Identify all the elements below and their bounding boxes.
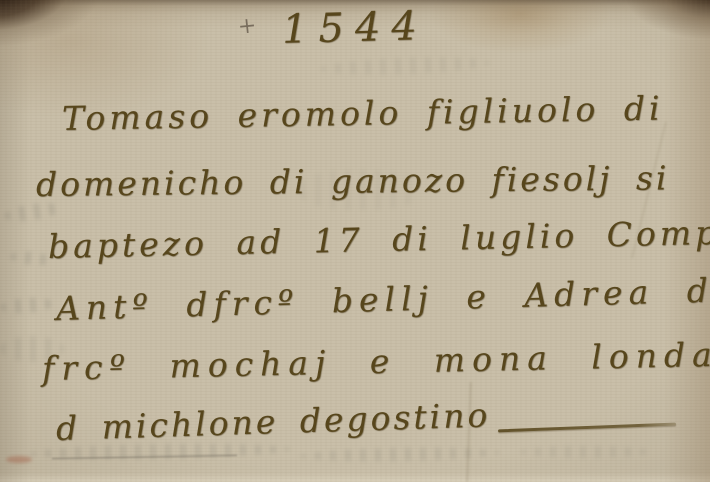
manuscript-line-4: Antº dfrcº bellj e Adrea d: [56, 274, 710, 325]
line-filler-stroke: [498, 423, 676, 433]
bleedthrough-mark: [320, 55, 490, 77]
manuscript-page: + 1544 Tomaso eromolo figliuolo di domen…: [0, 0, 710, 482]
faint-underline: [52, 454, 237, 459]
manuscript-line-1: Tomaso eromolo figliuolo di: [62, 92, 664, 135]
manuscript-line-3: baptezo ad 17 di luglio Compa: [48, 215, 710, 263]
cross-mark: +: [237, 15, 258, 39]
red-stain: [6, 456, 32, 463]
bleedthrough-mark: [0, 296, 54, 315]
manuscript-line-6: d michlone degostino: [55, 398, 490, 445]
year-heading: 1544: [282, 6, 429, 50]
manuscript-line-5: frcº mochaj e mona londa: [42, 338, 710, 385]
manuscript-line-2: domenicho di ganozo fiesolj si: [36, 161, 670, 201]
bleedthrough-mark: [300, 446, 500, 462]
bleedthrough-mark: [520, 446, 650, 458]
